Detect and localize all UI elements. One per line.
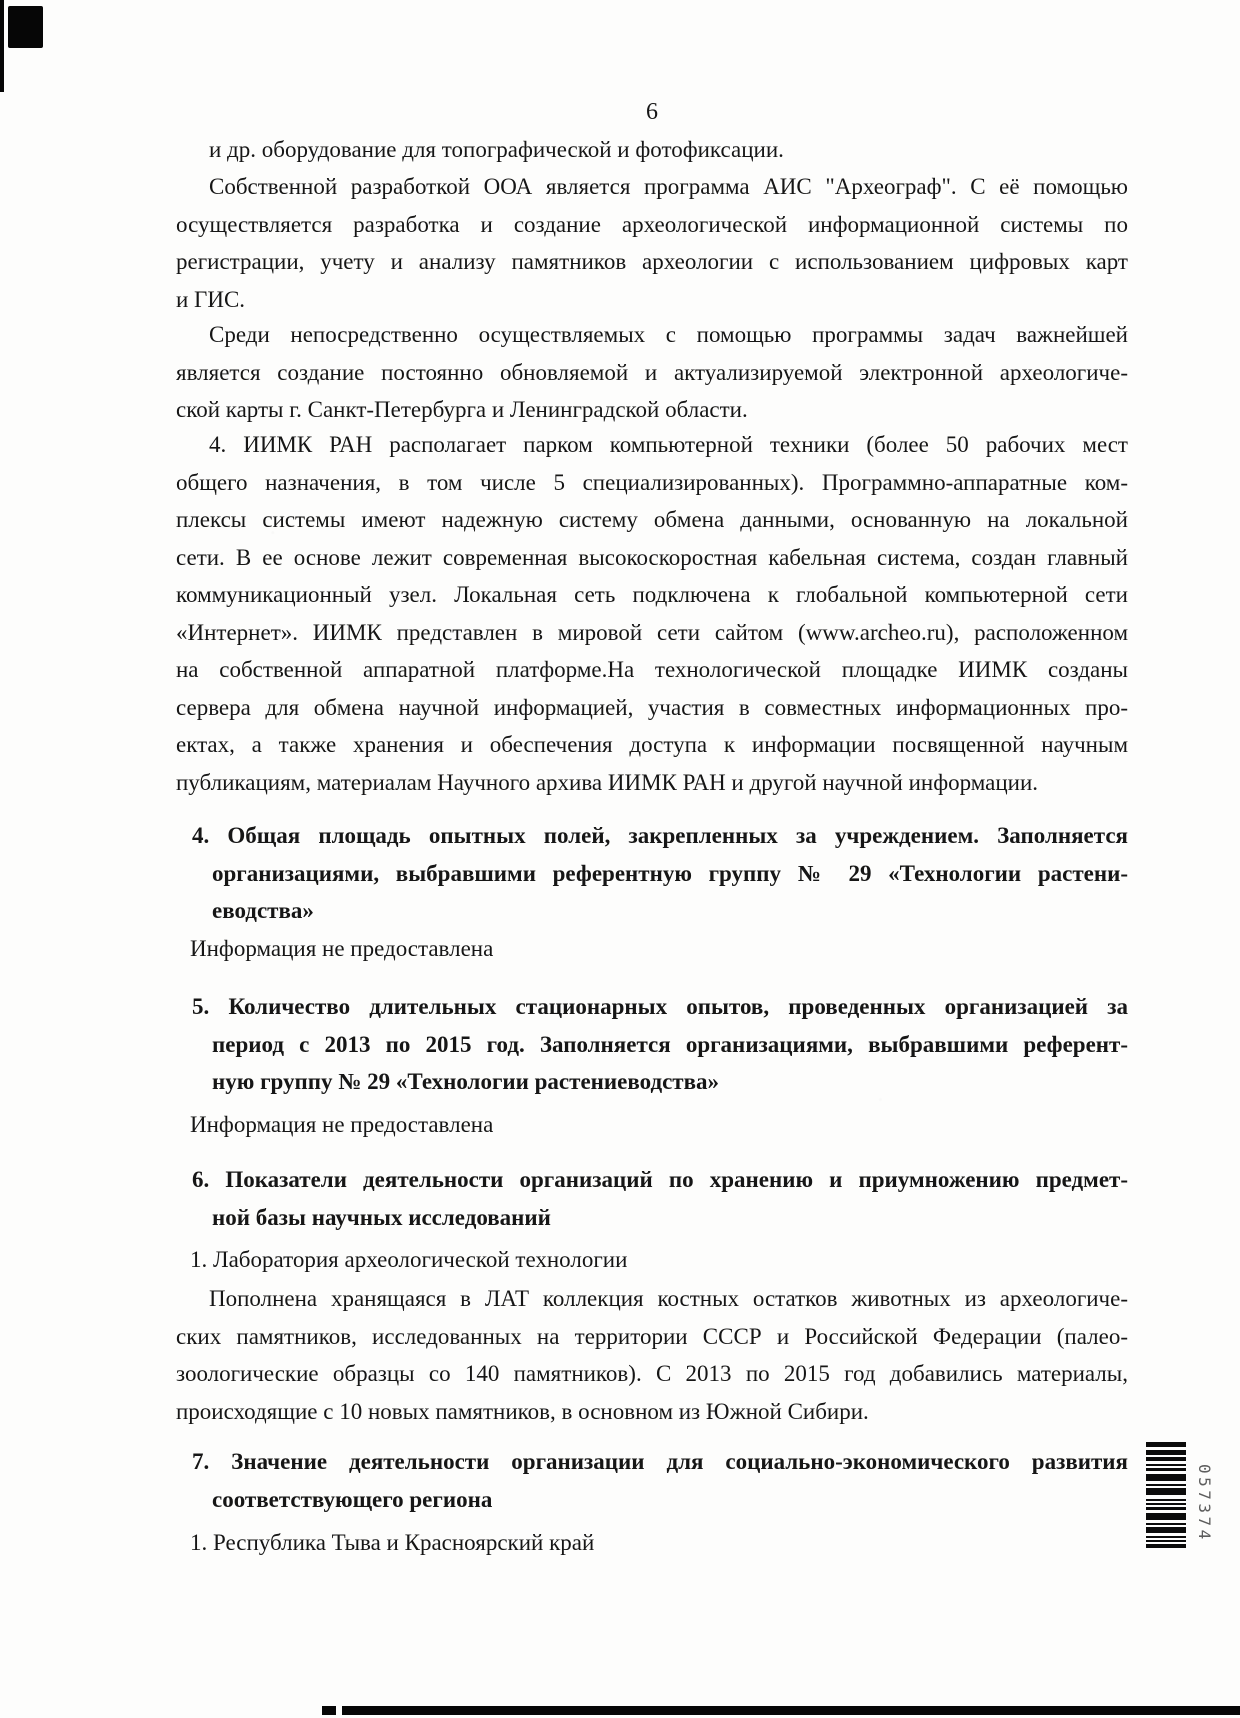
text-line: общего назначения, в том числе 5 специал… <box>176 464 1128 502</box>
barcode-bar <box>1146 1540 1186 1542</box>
text-line: ектах, а также хранения и обеспечения до… <box>176 726 1128 764</box>
barcode-bar <box>1146 1457 1186 1461</box>
text-line: сервера для обмена научной информацией, … <box>176 689 1128 727</box>
text-line: ной базы научных исследований <box>192 1199 1128 1237</box>
text-line: Собственной разработкой ООА является про… <box>176 168 1128 206</box>
text-line: 5. Количество длительных стационарных оп… <box>192 988 1128 1026</box>
paragraph: Пополнена хранящаяся в ЛАТ коллекция кос… <box>176 1280 1128 1430</box>
text-line: является создание постоянно обновляемой … <box>176 354 1128 392</box>
barcode-bar <box>1146 1442 1186 1447</box>
text-line: «Интернет». ИИМК представлен в мировой с… <box>176 614 1128 652</box>
text-line: 4. Общая площадь опытных полей, закрепле… <box>192 817 1128 855</box>
barcode-bar <box>1146 1450 1186 1455</box>
text-line: соответствующего региона <box>192 1481 1128 1519</box>
paragraph: Собственной разработкой ООА является про… <box>176 168 1128 318</box>
text-line: организациями, выбравшими референтную гр… <box>192 855 1128 893</box>
scanned-document-page: 6 и др. оборудование для топографической… <box>0 0 1240 1718</box>
text-line: 7. Значение деятельности организации для… <box>192 1443 1128 1481</box>
barcode-bar <box>1146 1503 1186 1505</box>
barcode-bar <box>1146 1488 1186 1495</box>
scan-artifact-bottom-bar <box>342 1706 1240 1715</box>
paragraph: и др. оборудование для топографической и… <box>176 131 1128 169</box>
barcode-bar <box>1146 1544 1186 1548</box>
text-line: ских памятников, исследованных на террит… <box>176 1318 1128 1356</box>
section-heading: 5. Количество длительных стационарных оп… <box>192 988 1128 1101</box>
barcode-bar <box>1146 1527 1186 1533</box>
text-block: Информация не предоставлена <box>190 930 1142 968</box>
text-line: происходящие с 10 новых памятников, в ос… <box>176 1393 1128 1431</box>
section-heading: 4. Общая площадь опытных полей, закрепле… <box>192 817 1128 930</box>
barcode <box>1146 1442 1186 1560</box>
section-heading: 6. Показатели деятельности организаций п… <box>192 1161 1128 1236</box>
text-block: 1. Лаборатория археологической технологи… <box>190 1241 1142 1279</box>
barcode-bar <box>1146 1464 1186 1466</box>
paragraph: Среди непосредственно осуществляемых с п… <box>176 316 1128 429</box>
text-block: Информация не предоставлена <box>190 1106 1142 1144</box>
barcode-bar <box>1146 1513 1186 1520</box>
barcode-bar <box>1146 1507 1186 1510</box>
text-line: плексы системы имеют надежную систему об… <box>176 501 1128 539</box>
text-line: 4. ИИМК РАН располагает парком компьютер… <box>176 426 1128 464</box>
barcode-number: 057374 <box>1195 1464 1214 1543</box>
text-line: 1. Лаборатория археологической технологи… <box>190 1241 1142 1279</box>
barcode-bar <box>1146 1468 1186 1471</box>
text-block: 1. Республика Тыва и Красноярский край <box>190 1524 1142 1562</box>
text-line: коммуникационный узел. Локальная сеть по… <box>176 576 1128 614</box>
paragraph: 4. ИИМК РАН располагает парком компьютер… <box>176 426 1128 801</box>
scan-artifact-left-edge <box>0 0 4 92</box>
barcode-bar <box>1146 1484 1186 1486</box>
scan-artifact-corner-mark <box>8 6 43 48</box>
barcode-bar <box>1146 1474 1186 1481</box>
section-heading: 7. Значение деятельности организации для… <box>192 1443 1128 1518</box>
text-line: сети. В ее основе лежит современная высо… <box>176 539 1128 577</box>
text-line: Среди непосредственно осуществляемых с п… <box>176 316 1128 354</box>
text-line: Информация не предоставлена <box>190 930 1142 968</box>
text-line: ную группу № 29 «Технологии растениеводс… <box>192 1063 1128 1101</box>
barcode-bar <box>1146 1523 1186 1525</box>
text-line: и ГИС. <box>176 281 1128 319</box>
text-line: осуществляется разработка и создание арх… <box>176 206 1128 244</box>
barcode-bar <box>1146 1536 1186 1538</box>
text-line: зоологические образцы со 140 памятников)… <box>176 1355 1128 1393</box>
text-line: регистрации, учету и анализу памятников … <box>176 243 1128 281</box>
text-line: на собственной аппаратной платформе.На т… <box>176 651 1128 689</box>
text-line: 1. Республика Тыва и Красноярский край <box>190 1524 1142 1562</box>
text-line: Пополнена хранящаяся в ЛАТ коллекция кос… <box>176 1280 1128 1318</box>
text-line: и др. оборудование для топографической и… <box>176 131 1128 169</box>
text-line: публикациям, материалам Научного архива … <box>176 764 1128 802</box>
barcode-bar <box>1146 1499 1186 1501</box>
text-line: ской карты г. Санкт-Петербурга и Ленингр… <box>176 391 1128 429</box>
scan-artifact-bottom-dash <box>322 1706 336 1715</box>
text-line: еводства» <box>192 892 1128 930</box>
page-number: 6 <box>176 99 1128 126</box>
text-line: 6. Показатели деятельности организаций п… <box>192 1161 1128 1199</box>
text-line: Информация не предоставлена <box>190 1106 1142 1144</box>
text-line: период с 2013 по 2015 год. Заполняется о… <box>192 1026 1128 1064</box>
